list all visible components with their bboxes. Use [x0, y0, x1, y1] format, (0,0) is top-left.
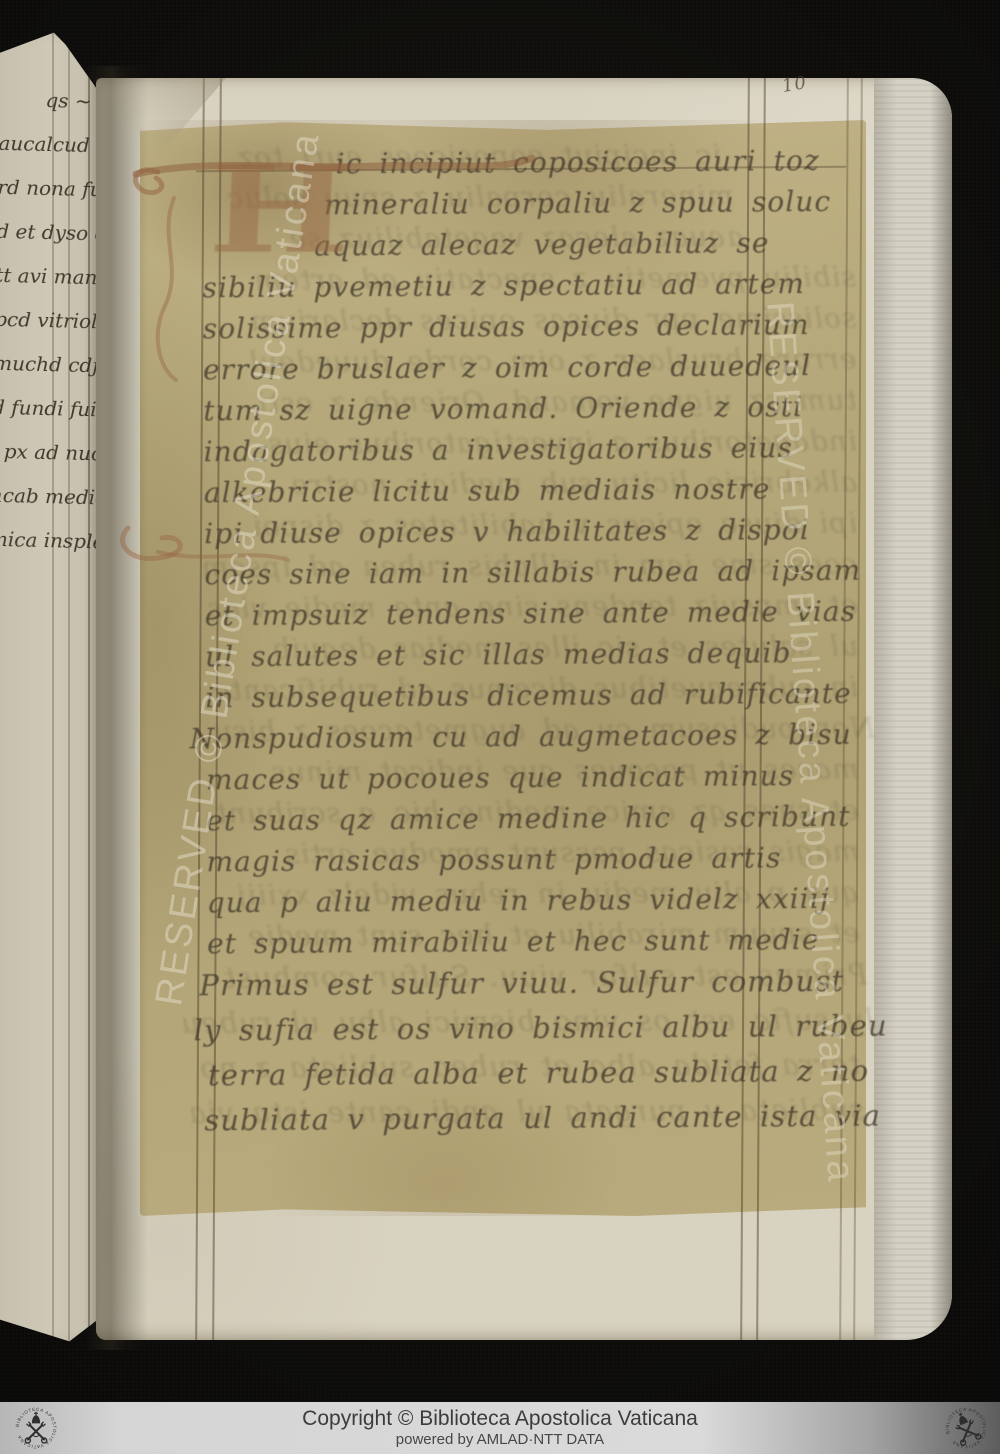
text-fragment: pcd vitriol: [0, 307, 99, 354]
copyright-text: Copyright © Biblioteca Apostolica Vatica…: [302, 1407, 698, 1431]
manuscript-line: Primus est sulfur viuu. Sulfur combust: [199, 964, 847, 1014]
manuscript-line: et suas qz amice medine hic q scribunt: [206, 800, 846, 845]
text-fragment: tt avi mant: [0, 263, 100, 310]
facing-page-text-fragments: qs ~aucalcud cdrd nona fuld et dyso cett…: [0, 87, 104, 573]
manuscript-line: subliata v purgata ul andi cante ista vi…: [204, 1099, 848, 1148]
manuscript-line: Nonspudiosum cu ad augmetacoes z bisu: [190, 718, 846, 764]
folio-number: 10: [780, 72, 808, 97]
text-fragment: qs ~: [0, 87, 104, 134]
vatican-library-emblem-icon: [936, 1398, 996, 1454]
text-fragment: l px ad nuchd: [0, 439, 95, 486]
text-fragment: rd nona ful: [0, 175, 102, 222]
text-fragment: d et dyso ce: [0, 219, 101, 266]
manuscript-photo-viewer: BIBLIOTECA APOSTOLICA VATICANA: [0, 0, 1000, 1454]
page-fore-edge-stack: [874, 78, 952, 1340]
text-fragment: d fundi fuid: [0, 395, 96, 442]
manuscript-line: maces ut pocoues que indicat minus: [206, 759, 846, 804]
manuscript-line: et impsuiz tendens sine ante medie vias: [205, 595, 845, 640]
manuscript-line: in subsequetibus dicemus ad rubificante: [205, 677, 845, 722]
initial-flourish-ornament: [118, 128, 548, 588]
text-fragment: hcab mediocr: [0, 483, 94, 530]
vatican-library-emblem-icon: [13, 1405, 59, 1451]
manuscript-line: ly sufia est os vino bismici albu ul rub…: [194, 1009, 848, 1059]
footer-text: Copyright © Biblioteca Apostolica Vatica…: [302, 1407, 698, 1448]
text-fragment: muchd cdj: [0, 351, 97, 398]
manuscript-line: et spuum mirabiliu et hec sunt medie: [207, 923, 847, 968]
copyright-footer-bar: Copyright © Biblioteca Apostolica Vatica…: [0, 1402, 1000, 1454]
manuscript-line: terra fetida alba et rubea subliata z no: [208, 1054, 848, 1103]
powered-by-text: powered by AMLAD·NTT DATA: [302, 1431, 698, 1448]
text-fragment: mica insple: [0, 527, 93, 574]
manuscript-line: qua p aliu mediu in rebus videlz xxiiij: [207, 882, 847, 927]
manuscript-line: ul salutes et sic illas medias dequib: [205, 636, 845, 681]
text-fragment: aucalcud cd: [0, 131, 103, 178]
manuscript-line: magis rasicas possunt pmodue artis: [206, 841, 846, 886]
